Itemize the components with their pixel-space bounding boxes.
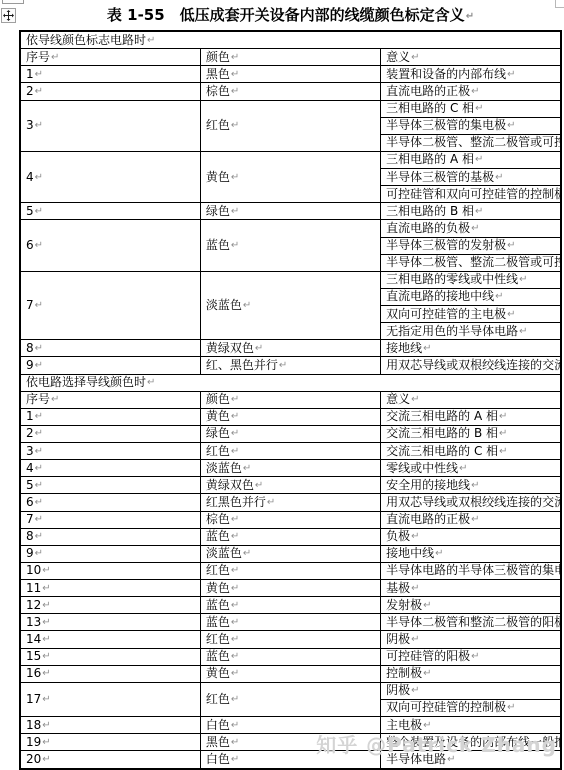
paragraph-mark-icon: ↵ bbox=[231, 565, 239, 576]
paragraph-mark-icon: ↵ bbox=[35, 514, 43, 525]
paragraph-mark-icon: ↵ bbox=[507, 309, 515, 320]
seq-cell[interactable]: 2↵ bbox=[20, 83, 200, 100]
seq-cell[interactable]: 12↵ bbox=[20, 597, 200, 614]
color-cell[interactable]: 白色↵ bbox=[200, 751, 380, 769]
paragraph-mark-icon: ↵ bbox=[471, 223, 479, 234]
meaning-cell-text: 半导体三极管的集电极 bbox=[386, 118, 506, 132]
header-cell[interactable]: 颜色↵ bbox=[200, 49, 380, 66]
color-cell[interactable]: 黄色↵ bbox=[200, 408, 380, 425]
paragraph-mark-icon: ↵ bbox=[42, 651, 50, 662]
color-cell-text: 绿色 bbox=[206, 204, 230, 218]
paragraph-mark-icon: ↵ bbox=[231, 651, 239, 662]
neighbor-corner-mark bbox=[555, 0, 564, 8]
color-cell-text: 红色 bbox=[206, 632, 230, 646]
paragraph-mark-icon: ↵ bbox=[231, 600, 239, 611]
color-cell-text: 红色 bbox=[206, 118, 230, 132]
color-cell[interactable]: 蓝色↵ bbox=[200, 220, 380, 271]
seq-cell[interactable]: 1↵ bbox=[20, 66, 200, 83]
table-row: 11↵黄色↵基极↵ bbox=[20, 580, 561, 597]
table-row: 7↵棕色↵直流电路的正极↵ bbox=[20, 511, 561, 528]
paragraph-mark-icon: ↵ bbox=[231, 69, 239, 80]
seq-cell[interactable]: 19↵ bbox=[20, 734, 200, 751]
meaning-cell-text: 直流电路的接地中线 bbox=[386, 289, 494, 303]
seq-cell[interactable]: 15↵ bbox=[20, 648, 200, 665]
table-row: 17↵红色↵阴极↵ bbox=[20, 682, 561, 699]
color-cell[interactable]: 白色↵ bbox=[200, 717, 380, 734]
seq-cell-text: 17 bbox=[26, 692, 41, 706]
color-cell-text: 红黑色并行 bbox=[206, 495, 266, 509]
meaning-cell-text: 交流三相电路的 B 相 bbox=[386, 426, 498, 440]
meaning-cell[interactable]: 无指定用色的半导体电路↵ bbox=[381, 323, 561, 340]
color-cell-text: 棕色 bbox=[206, 512, 230, 526]
table-row: 4↵淡蓝色↵零线或中性线↵ bbox=[20, 460, 561, 477]
color-cell-text: 红、黑色并行 bbox=[206, 358, 278, 372]
color-cell[interactable]: 棕色↵ bbox=[200, 83, 380, 100]
meaning-cell-text: 三相电路的 B 相 bbox=[386, 204, 474, 218]
meaning-cell[interactable]: 半导体电路的半导体三极管的集电极↵ bbox=[381, 562, 561, 579]
section-title-cell[interactable]: 依电路选择导线颜色时↵ bbox=[20, 374, 561, 391]
header-cell-text: 颜色 bbox=[206, 392, 230, 406]
table-row: 13↵蓝色↵半导体二极管和整流二极管的阳极↵ bbox=[20, 614, 561, 631]
seq-cell[interactable]: 5↵ bbox=[20, 477, 200, 494]
seq-cell-text: 3 bbox=[26, 444, 34, 458]
paragraph-mark-icon: ↵ bbox=[231, 737, 239, 748]
header-cell[interactable]: 意义↵ bbox=[381, 49, 561, 66]
paragraph-mark-icon: ↵ bbox=[499, 411, 507, 422]
seq-cell-text: 9 bbox=[26, 358, 34, 372]
seq-cell[interactable]: 17↵ bbox=[20, 682, 200, 716]
seq-cell[interactable]: 3↵ bbox=[20, 443, 200, 460]
color-cell[interactable]: 绿色↵ bbox=[200, 425, 380, 442]
paragraph-mark-icon: ↵ bbox=[519, 326, 527, 337]
meaning-cell[interactable]: 交流三相电路的 B 相↵ bbox=[381, 425, 561, 442]
section-title-row: 依导线颜色标志电路时↵ bbox=[20, 31, 561, 49]
color-cell[interactable]: 红色↵ bbox=[200, 631, 380, 648]
paragraph-mark-icon: ↵ bbox=[475, 154, 483, 165]
seq-cell-text: 16 bbox=[26, 666, 41, 680]
section-title-row: 依电路选择导线颜色时↵ bbox=[20, 374, 561, 391]
meaning-cell-text: 直流电路的正极 bbox=[386, 84, 470, 98]
meaning-cell-text: 发射极 bbox=[386, 598, 422, 612]
paragraph-mark-icon: ↵ bbox=[243, 548, 251, 559]
paragraph-mark-icon: ↵ bbox=[255, 343, 263, 354]
meaning-cell-text: 用双芯导线或双根绞线连接的交流电路 bbox=[386, 495, 561, 509]
paragraph-mark-icon: ↵ bbox=[231, 668, 239, 679]
paragraph-mark-icon: ↵ bbox=[507, 69, 515, 80]
seq-cell[interactable]: 16↵ bbox=[20, 665, 200, 682]
paragraph-mark-icon: ↵ bbox=[231, 617, 239, 628]
color-cell-text: 淡蓝色 bbox=[206, 546, 242, 560]
paragraph-mark-icon: ↵ bbox=[35, 463, 43, 474]
meaning-cell[interactable]: 装置和设备的内部布线↵ bbox=[381, 66, 561, 83]
seq-cell[interactable]: 9↵ bbox=[20, 357, 200, 374]
table-row: 3↵红色↵三相电路的 C 相↵ bbox=[20, 100, 561, 117]
seq-cell-text: 14 bbox=[26, 632, 41, 646]
table-row: 6↵蓝色↵直流电路的负极↵ bbox=[20, 220, 561, 237]
paragraph-mark-icon: ↵ bbox=[35, 172, 43, 183]
table-row: 10↵红色↵半导体电路的半导体三极管的集电极↵ bbox=[20, 562, 561, 579]
seq-cell-text: 1 bbox=[26, 67, 34, 81]
paragraph-mark-icon: ↵ bbox=[519, 274, 527, 285]
color-cell[interactable]: 黑色↵ bbox=[200, 734, 380, 751]
seq-cell-text: 12 bbox=[26, 598, 41, 612]
paragraph-mark-icon: ↵ bbox=[231, 86, 239, 97]
meaning-cell[interactable]: 直流电路的正极↵ bbox=[381, 511, 561, 528]
paragraph-mark-icon: ↵ bbox=[231, 514, 239, 525]
seq-cell-text: 6 bbox=[26, 495, 34, 509]
paragraph-mark-icon: ↵ bbox=[411, 634, 419, 645]
table-move-handle[interactable] bbox=[1, 8, 16, 23]
color-cell-text: 黄绿双色 bbox=[206, 341, 254, 355]
seq-cell-text: 20 bbox=[26, 752, 41, 766]
paragraph-mark-icon: ↵ bbox=[471, 86, 479, 97]
color-cell[interactable]: 绿色↵ bbox=[200, 203, 380, 220]
seq-cell-text: 8 bbox=[26, 529, 34, 543]
paragraph-mark-icon: ↵ bbox=[231, 172, 239, 183]
meaning-cell[interactable]: 发射极↵ bbox=[381, 597, 561, 614]
seq-cell-text: 19 bbox=[26, 735, 41, 749]
color-cell[interactable]: 淡蓝色↵ bbox=[200, 271, 380, 340]
meaning-cell-text: 三相电路的零线或中性线 bbox=[386, 272, 518, 286]
paragraph-mark-icon: ↵ bbox=[231, 206, 239, 217]
meaning-cell[interactable]: 直流电路的正极↵ bbox=[381, 83, 561, 100]
meaning-cell[interactable]: 双向可控硅管的主电极↵ bbox=[381, 306, 561, 323]
word-document-page: { "title": "表 1-55 低压成套开关设备内部的线缆颜色标定含义",… bbox=[0, 0, 564, 770]
meaning-cell[interactable]: 三相电路的 A 相↵ bbox=[381, 151, 561, 168]
meaning-cell[interactable]: 半导体三极管的发射极↵ bbox=[381, 237, 561, 254]
table-row: 1↵黑色↵装置和设备的内部布线↵ bbox=[20, 66, 561, 83]
paragraph-mark-icon: ↵ bbox=[243, 463, 251, 474]
meaning-cell[interactable]: 三相电路的零线或中性线↵ bbox=[381, 271, 561, 288]
seq-cell[interactable]: 6↵ bbox=[20, 220, 200, 271]
table-row: 8↵蓝色↵负极↵ bbox=[20, 528, 561, 545]
paragraph-mark-icon: ↵ bbox=[35, 206, 43, 217]
seq-cell[interactable]: 20↵ bbox=[20, 751, 200, 769]
paragraph-mark-icon: ↵ bbox=[471, 514, 479, 525]
table-row: 2↵绿色↵交流三相电路的 B 相↵ bbox=[20, 425, 561, 442]
paragraph-mark-icon: ↵ bbox=[42, 720, 50, 731]
paragraph-mark-icon: ↵ bbox=[42, 634, 50, 645]
meaning-cell[interactable]: 半导体二极管和整流二极管的阳极↵ bbox=[381, 614, 561, 631]
meaning-cell[interactable]: 三相电路的 C 相↵ bbox=[381, 100, 561, 117]
paragraph-mark-icon: ↵ bbox=[495, 291, 503, 302]
meaning-cell-text: 半导体三极管的发射极 bbox=[386, 238, 506, 252]
meaning-cell[interactable]: 半导体二极管、整流二极管或可控硅管的阴极↵ bbox=[381, 134, 561, 151]
color-cell-text: 黄色 bbox=[206, 170, 230, 184]
meaning-cell-text: 三相电路的 A 相 bbox=[386, 152, 474, 166]
paragraph-mark-icon: ↵ bbox=[507, 702, 515, 713]
paragraph-mark-icon: ↵ bbox=[147, 35, 155, 46]
seq-cell-text: 2 bbox=[26, 426, 34, 440]
meaning-cell[interactable]: 半导体三极管的集电极↵ bbox=[381, 117, 561, 134]
seq-cell[interactable]: 5↵ bbox=[20, 203, 200, 220]
color-cell[interactable]: 红色↵ bbox=[200, 682, 380, 716]
meaning-cell[interactable]: 阴极↵ bbox=[381, 682, 561, 699]
table-row: 5↵黄绿双色↵安全用的接地线↵ bbox=[20, 477, 561, 494]
color-cell-text: 绿色 bbox=[206, 426, 230, 440]
meaning-cell-text: 直流电路的负极 bbox=[386, 221, 470, 235]
color-cell[interactable]: 黄绿双色↵ bbox=[200, 477, 380, 494]
meaning-cell-text: 接地中线 bbox=[386, 546, 434, 560]
paragraph-mark-icon: ↵ bbox=[35, 428, 43, 439]
header-cell[interactable]: 序号↵ bbox=[20, 49, 200, 66]
meaning-cell-text: 控制极 bbox=[386, 666, 422, 680]
seq-cell[interactable]: 6↵ bbox=[20, 494, 200, 511]
seq-cell[interactable]: 8↵ bbox=[20, 340, 200, 357]
meaning-cell[interactable]: 接地线↵ bbox=[381, 340, 561, 357]
paragraph-mark-icon: ↵ bbox=[231, 754, 239, 765]
seq-cell[interactable]: 18↵ bbox=[20, 717, 200, 734]
color-cell[interactable]: 黄绿双色↵ bbox=[200, 340, 380, 357]
color-cell[interactable]: 红、黑色并行↵ bbox=[200, 357, 380, 374]
color-cell[interactable]: 红色↵ bbox=[200, 562, 380, 579]
meaning-cell-text: 半导体三极管的基极 bbox=[386, 170, 494, 184]
table-row: 15↵蓝色↵可控硅管的阳极↵ bbox=[20, 648, 561, 665]
color-cell-text: 淡蓝色 bbox=[206, 461, 242, 475]
color-cell[interactable]: 黑色↵ bbox=[200, 66, 380, 83]
meaning-cell[interactable]: 半导体电路↵ bbox=[381, 751, 561, 769]
paragraph-mark-icon: ↵ bbox=[475, 206, 483, 217]
meaning-cell-text: 半导体二极管、整流二极管或可控硅管的阳极 bbox=[386, 255, 561, 269]
seq-cell-text: 7 bbox=[26, 512, 34, 526]
meaning-cell[interactable]: 负极↵ bbox=[381, 528, 561, 545]
seq-cell-text: 4 bbox=[26, 461, 34, 475]
color-cell[interactable]: 蓝色↵ bbox=[200, 648, 380, 665]
seq-cell[interactable]: 13↵ bbox=[20, 614, 200, 631]
seq-cell[interactable]: 1↵ bbox=[20, 408, 200, 425]
meaning-cell[interactable]: 阴极↵ bbox=[381, 631, 561, 648]
meaning-cell[interactable]: 半导体二极管、整流二极管或可控硅管的阳极↵ bbox=[381, 254, 561, 271]
seq-cell-text: 2 bbox=[26, 84, 34, 98]
table-row: 18↵白色↵主电极↵ bbox=[20, 717, 561, 734]
meaning-cell[interactable]: 基极↵ bbox=[381, 580, 561, 597]
color-code-table: 依导线颜色标志电路时↵序号↵颜色↵意义↵1↵黑色↵装置和设备的内部布线↵2↵棕色… bbox=[19, 30, 562, 770]
paragraph-mark-icon: ↵ bbox=[231, 394, 239, 405]
color-cell-text: 黄色 bbox=[206, 666, 230, 680]
table-row: 20↵白色↵半导体电路↵ bbox=[20, 751, 561, 769]
seq-cell-text: 18 bbox=[26, 718, 41, 732]
color-cell[interactable]: 黄色↵ bbox=[200, 665, 380, 682]
meaning-cell[interactable]: 控制极↵ bbox=[381, 665, 561, 682]
paragraph-mark-icon: ↵ bbox=[231, 634, 239, 645]
meaning-cell-text: 负极 bbox=[386, 529, 410, 543]
meaning-cell-text: 半导体二极管和整流二极管的阳极 bbox=[386, 615, 561, 629]
paragraph-mark-icon: ↵ bbox=[42, 565, 50, 576]
paragraph-mark-icon: ↵ bbox=[35, 86, 43, 97]
color-cell[interactable]: 红色↵ bbox=[200, 100, 380, 151]
paragraph-mark-icon: ↵ bbox=[51, 52, 59, 63]
paragraph-mark-icon: ↵ bbox=[423, 343, 431, 354]
table-row: 14↵红色↵阴极↵ bbox=[20, 631, 561, 648]
meaning-cell[interactable]: 整个装置及设备的内部布线一般推荐↵ bbox=[381, 734, 561, 751]
meaning-cell[interactable]: 主电极↵ bbox=[381, 717, 561, 734]
color-cell[interactable]: 蓝色↵ bbox=[200, 614, 380, 631]
paragraph-mark-icon: ↵ bbox=[243, 300, 251, 311]
meaning-cell[interactable]: 用双芯导线或双根绞线连接的交流电路↵ bbox=[381, 357, 561, 374]
table-row: 12↵蓝色↵发射极↵ bbox=[20, 597, 561, 614]
table-row: 6↵红黑色并行↵用双芯导线或双根绞线连接的交流电路↵ bbox=[20, 494, 561, 511]
paragraph-mark-icon: ↵ bbox=[231, 720, 239, 731]
seq-cell-text: 15 bbox=[26, 649, 41, 663]
color-cell-text: 黄色 bbox=[206, 581, 230, 595]
seq-cell-text: 5 bbox=[26, 204, 34, 218]
meaning-cell-text: 交流三相电路的 C 相 bbox=[386, 444, 498, 458]
seq-cell-text: 11 bbox=[26, 581, 41, 595]
paragraph-mark-icon: ↵ bbox=[42, 694, 50, 705]
section-title-cell[interactable]: 依导线颜色标志电路时↵ bbox=[20, 31, 561, 49]
seq-cell-text: 8 bbox=[26, 341, 34, 355]
section-title-cell-text: 依电路选择导线颜色时 bbox=[26, 375, 146, 389]
header-cell-text: 意义 bbox=[386, 392, 410, 406]
meaning-cell[interactable]: 双向可控硅管的控制极↵ bbox=[381, 699, 561, 716]
meaning-cell-text: 半导体电路 bbox=[386, 752, 446, 766]
meaning-cell[interactable]: 交流三相电路的 A 相↵ bbox=[381, 408, 561, 425]
color-cell[interactable]: 蓝色↵ bbox=[200, 528, 380, 545]
paragraph-mark-icon: ↵ bbox=[42, 754, 50, 765]
meaning-cell[interactable]: 可控硅管和双向可控硅管的控制极↵ bbox=[381, 186, 561, 203]
table-row: 8↵黄绿双色↵接地线↵ bbox=[20, 340, 561, 357]
color-cell-text: 黄绿双色 bbox=[206, 478, 254, 492]
header-cell[interactable]: 序号↵ bbox=[20, 391, 200, 408]
meaning-cell-text: 基极 bbox=[386, 581, 410, 595]
meaning-cell-text: 交流三相电路的 A 相 bbox=[386, 409, 498, 423]
color-cell-text: 蓝色 bbox=[206, 598, 230, 612]
paragraph-mark-icon: ↵ bbox=[35, 120, 43, 131]
color-cell[interactable]: 红色↵ bbox=[200, 443, 380, 460]
paragraph-mark-icon: ↵ bbox=[147, 377, 155, 388]
seq-cell[interactable]: 14↵ bbox=[20, 631, 200, 648]
paragraph-mark-icon: ↵ bbox=[459, 463, 467, 474]
paragraph-mark-icon: ↵ bbox=[447, 754, 455, 765]
table-caption-text: 表 1-55 低压成套开关设备内部的线缆颜色标定含义 bbox=[107, 6, 465, 24]
color-cell[interactable]: 黄色↵ bbox=[200, 580, 380, 597]
table-row: 16↵黄色↵控制极↵ bbox=[20, 665, 561, 682]
seq-cell-text: 1 bbox=[26, 409, 34, 423]
paragraph-mark-icon: ↵ bbox=[35, 300, 43, 311]
meaning-cell[interactable]: 直流电路的接地中线↵ bbox=[381, 288, 561, 305]
meaning-cell-text: 接地线 bbox=[386, 341, 422, 355]
seq-cell-text: 7 bbox=[26, 298, 34, 312]
meaning-cell[interactable]: 可控硅管的阳极↵ bbox=[381, 648, 561, 665]
color-cell-text: 红色 bbox=[206, 563, 230, 577]
paragraph-mark-icon: ↵ bbox=[35, 343, 43, 354]
color-cell-text: 黄色 bbox=[206, 409, 230, 423]
color-cell[interactable]: 棕色↵ bbox=[200, 511, 380, 528]
paragraph-mark-icon: ↵ bbox=[499, 428, 507, 439]
seq-cell-text: 13 bbox=[26, 615, 41, 629]
meaning-cell-text: 零线或中性线 bbox=[386, 461, 458, 475]
seq-cell-text: 9 bbox=[26, 546, 34, 560]
paragraph-mark-icon: ↵ bbox=[507, 240, 515, 251]
seq-cell[interactable]: 4↵ bbox=[20, 151, 200, 202]
meaning-cell[interactable]: 三相电路的 B 相↵ bbox=[381, 203, 561, 220]
table-row: 4↵黄色↵三相电路的 A 相↵ bbox=[20, 151, 561, 168]
color-cell-text: 淡蓝色 bbox=[206, 298, 242, 312]
meaning-cell-text: 直流电路的正极 bbox=[386, 512, 470, 526]
color-cell-text: 红色 bbox=[206, 692, 230, 706]
color-cell[interactable]: 淡蓝色↵ bbox=[200, 460, 380, 477]
color-cell-text: 白色 bbox=[206, 752, 230, 766]
meaning-cell-text: 双向可控硅管的控制极 bbox=[386, 700, 506, 714]
seq-cell[interactable]: 9↵ bbox=[20, 545, 200, 562]
meaning-cell[interactable]: 安全用的接地线↵ bbox=[381, 477, 561, 494]
color-cell-text: 蓝色 bbox=[206, 615, 230, 629]
seq-cell[interactable]: 8↵ bbox=[20, 528, 200, 545]
meaning-cell[interactable]: 半导体三极管的基极↵ bbox=[381, 169, 561, 186]
paragraph-mark-icon: ↵ bbox=[423, 668, 431, 679]
paragraph-mark-icon: ↵ bbox=[279, 360, 287, 371]
meaning-cell-text: 半导体电路的半导体三极管的集电极 bbox=[386, 563, 561, 577]
paragraph-mark-icon: ↵ bbox=[495, 172, 503, 183]
seq-cell[interactable]: 7↵ bbox=[20, 511, 200, 528]
seq-cell-text: 3 bbox=[26, 118, 34, 132]
header-cell[interactable]: 颜色↵ bbox=[200, 391, 380, 408]
paragraph-mark-icon: ↵ bbox=[475, 103, 483, 114]
color-cell[interactable]: 蓝色↵ bbox=[200, 597, 380, 614]
color-cell[interactable]: 红黑色并行↵ bbox=[200, 494, 380, 511]
color-cell-text: 蓝色 bbox=[206, 649, 230, 663]
seq-cell[interactable]: 10↵ bbox=[20, 562, 200, 579]
meaning-cell-text: 安全用的接地线 bbox=[386, 478, 470, 492]
header-cell-text: 意义 bbox=[386, 50, 410, 64]
paragraph-mark-icon: ↵ bbox=[499, 446, 507, 457]
paragraph-mark-icon: ↵ bbox=[42, 583, 50, 594]
paragraph-mark-icon: ↵ bbox=[35, 480, 43, 491]
move-cross-icon bbox=[3, 10, 14, 21]
header-cell-text: 序号 bbox=[26, 50, 50, 64]
paragraph-mark-icon: ↵ bbox=[466, 11, 474, 22]
color-cell-text: 黑色 bbox=[206, 67, 230, 81]
table-row: 7↵淡蓝色↵三相电路的零线或中性线↵ bbox=[20, 271, 561, 288]
seq-cell[interactable]: 3↵ bbox=[20, 100, 200, 151]
seq-cell[interactable]: 11↵ bbox=[20, 580, 200, 597]
paragraph-mark-icon: ↵ bbox=[35, 548, 43, 559]
paragraph-mark-icon: ↵ bbox=[471, 651, 479, 662]
meaning-cell-text: 三相电路的 C 相 bbox=[386, 101, 474, 115]
meaning-cell[interactable]: 零线或中性线↵ bbox=[381, 460, 561, 477]
meaning-cell[interactable]: 直流电路的负极↵ bbox=[381, 220, 561, 237]
paragraph-mark-icon: ↵ bbox=[231, 240, 239, 251]
seq-cell[interactable]: 2↵ bbox=[20, 425, 200, 442]
table-row: 1↵黄色↵交流三相电路的 A 相↵ bbox=[20, 408, 561, 425]
paragraph-mark-icon: ↵ bbox=[231, 428, 239, 439]
seq-cell-text: 4 bbox=[26, 170, 34, 184]
table-row: 9↵红、黑色并行↵用双芯导线或双根绞线连接的交流电路↵ bbox=[20, 357, 561, 374]
paragraph-mark-icon: ↵ bbox=[231, 694, 239, 705]
seq-cell[interactable]: 4↵ bbox=[20, 460, 200, 477]
meaning-cell-text: 可控硅管的阳极 bbox=[386, 649, 470, 663]
color-cell-text: 棕色 bbox=[206, 84, 230, 98]
table-caption[interactable]: 表 1-55 低压成套开关设备内部的线缆颜色标定含义↵ bbox=[19, 6, 562, 26]
seq-cell[interactable]: 7↵ bbox=[20, 271, 200, 340]
paragraph-mark-icon: ↵ bbox=[507, 120, 515, 131]
table-row: 19↵黑色↵整个装置及设备的内部布线一般推荐↵ bbox=[20, 734, 561, 751]
color-cell[interactable]: 淡蓝色↵ bbox=[200, 545, 380, 562]
meaning-cell[interactable]: 用双芯导线或双根绞线连接的交流电路↵ bbox=[381, 494, 561, 511]
color-cell[interactable]: 黄色↵ bbox=[200, 151, 380, 202]
paragraph-mark-icon: ↵ bbox=[231, 52, 239, 63]
paragraph-mark-icon: ↵ bbox=[255, 480, 263, 491]
paragraph-mark-icon: ↵ bbox=[35, 69, 43, 80]
meaning-cell[interactable]: 交流三相电路的 C 相↵ bbox=[381, 443, 561, 460]
color-cell-text: 蓝色 bbox=[206, 238, 230, 252]
header-row: 序号↵颜色↵意义↵ bbox=[20, 391, 561, 408]
header-cell-text: 序号 bbox=[26, 392, 50, 406]
meaning-cell[interactable]: 接地中线↵ bbox=[381, 545, 561, 562]
paragraph-mark-icon: ↵ bbox=[42, 600, 50, 611]
meaning-cell-text: 可控硅管和双向可控硅管的控制极 bbox=[386, 187, 561, 201]
header-cell[interactable]: 意义↵ bbox=[381, 391, 561, 408]
